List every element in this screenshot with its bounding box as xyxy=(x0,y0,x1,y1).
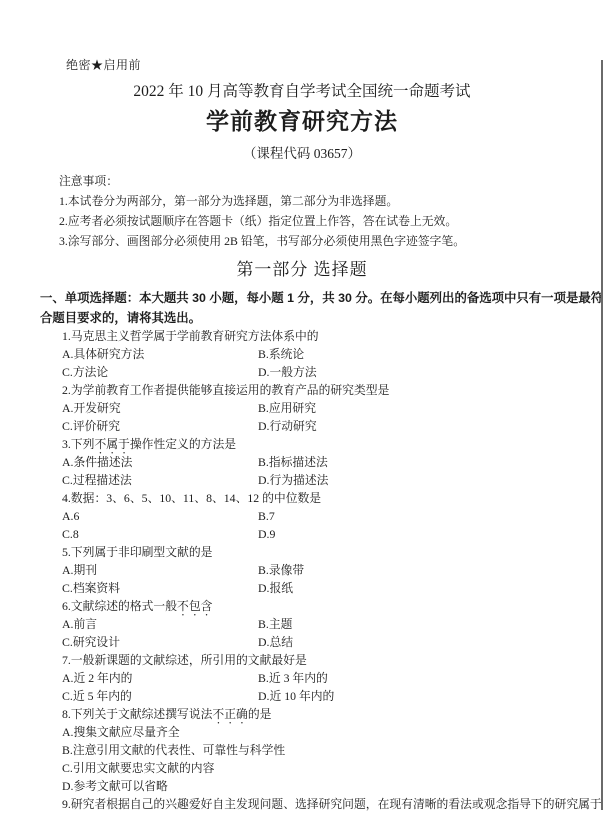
question-text: 1.马克思主义哲学属于学前教育研究方法体系中的 xyxy=(62,327,600,345)
option-row: C.过程描述法D.行为描述法 xyxy=(62,471,600,489)
option: D.9 xyxy=(258,525,600,543)
question: 1.马克思主义哲学属于学前教育研究方法体系中的A.具体研究方法B.系统论C.方法… xyxy=(62,327,600,381)
emphasized-text: 不属于 xyxy=(94,437,129,451)
option-row: C.评价研究D.行动研究 xyxy=(62,417,600,435)
option: C.评价研究 xyxy=(62,417,258,435)
question: 7.一般新课题的文献综述，所引用的文献最好是A.近 2 年内的B.近 3 年内的… xyxy=(62,651,600,705)
option-row: A.开发研究B.应用研究 xyxy=(62,399,600,417)
option: B.主题 xyxy=(258,615,600,633)
option-row: C.方法论D.一般方法 xyxy=(62,363,600,381)
option: B.录像带 xyxy=(258,561,600,579)
question-text: 8.下列关于文献综述撰写说法不正确的是 xyxy=(62,705,600,723)
option-row: C.研究设计D.总结 xyxy=(62,633,600,651)
option: C.过程描述法 xyxy=(62,471,258,489)
option: D.报纸 xyxy=(258,579,600,597)
option: D.近 10 年内的 xyxy=(258,687,600,705)
option-row: C.近 5 年内的D.近 10 年内的 xyxy=(62,687,600,705)
option-row: A.前言B.主题 xyxy=(62,615,600,633)
classification-label: 绝密★启用前 xyxy=(66,56,141,73)
notes-item: 3.涂写部分、画图部分必须使用 2B 铅笔，书写部分必须使用黑色字迹签字笔。 xyxy=(59,231,584,251)
question-text: 6.文献综述的格式一般不包含 xyxy=(62,597,600,615)
option: D.参考文献可以省略 xyxy=(62,777,600,795)
emphasized-text: 不正确 xyxy=(212,707,247,721)
option: C.档案资料 xyxy=(62,579,258,597)
question-text: 9.研究者根据自己的兴趣爱好自主发现问题、选择研究问题，在现有清晰的看法或观念指… xyxy=(62,795,600,813)
notes-item: 1.本试卷分为两部分，第一部分为选择题，第二部分为非选择题。 xyxy=(59,191,584,211)
option: A.6 xyxy=(62,507,258,525)
option: D.总结 xyxy=(258,633,600,651)
option: B.应用研究 xyxy=(258,399,600,417)
option: B.注意引用文献的代表性、可靠性与科学性 xyxy=(62,741,600,759)
question-text: 3.下列不属于操作性定义的方法是 xyxy=(62,435,600,453)
page-title: 学前教育研究方法 xyxy=(0,103,604,136)
question: 8.下列关于文献综述撰写说法不正确的是A.搜集文献应尽量齐全B.注意引用文献的代… xyxy=(62,705,600,795)
course-code: （课程代码 03657） xyxy=(0,142,604,162)
option: B.指标描述法 xyxy=(258,453,600,471)
option-row: C.8D.9 xyxy=(62,525,600,543)
option-row: A.具体研究方法B.系统论 xyxy=(62,345,600,363)
notes-item: 2.应考者必须按试题顺序在答题卡（纸）指定位置上作答，答在试卷上无效。 xyxy=(59,211,584,231)
option: C.引用文献要忠实文献的内容 xyxy=(62,759,600,777)
exam-session-title: 2022 年 10 月高等教育自学考试全国统一命题考试 xyxy=(0,79,604,101)
question: 4.数据：3、6、5、10、11、8、14、12 的中位数是A.6B.7C.8D… xyxy=(62,489,600,543)
option: C.8 xyxy=(62,525,258,543)
option-row: A.期刊B.录像带 xyxy=(62,561,600,579)
option: B.7 xyxy=(258,507,600,525)
option: A.近 2 年内的 xyxy=(62,669,258,687)
question: 9.研究者根据自己的兴趣爱好自主发现问题、选择研究问题，在现有清晰的看法或观念指… xyxy=(62,795,600,813)
question-text: 4.数据：3、6、5、10、11、8、14、12 的中位数是 xyxy=(62,489,600,507)
option-row: A.6B.7 xyxy=(62,507,600,525)
section-intro-line: 合题目要求的，请将其选出。 xyxy=(40,308,600,328)
option: D.行为描述法 xyxy=(258,471,600,489)
option: D.一般方法 xyxy=(258,363,600,381)
exam-notes: 注意事项： 1.本试卷分为两部分，第一部分为选择题，第二部分为非选择题。 2.应… xyxy=(59,171,584,251)
notes-heading: 注意事项： xyxy=(59,171,584,191)
part-one-heading: 第一部分 选择题 xyxy=(0,255,604,280)
option: D.行动研究 xyxy=(258,417,600,435)
option: A.具体研究方法 xyxy=(62,345,258,363)
question: 2.为学前教育工作者提供能够直接运用的教育产品的研究类型是A.开发研究B.应用研… xyxy=(62,381,600,435)
questions-list: 1.马克思主义哲学属于学前教育研究方法体系中的A.具体研究方法B.系统论C.方法… xyxy=(62,327,600,813)
option: C.方法论 xyxy=(62,363,258,381)
section-one-intro: 一、单项选择题：本大题共 30 小题，每小题 1 分，共 30 分。在每小题列出… xyxy=(40,288,600,328)
option: B.系统论 xyxy=(258,345,600,363)
section-intro-line: 一、单项选择题：本大题共 30 小题，每小题 1 分，共 30 分。在每小题列出… xyxy=(40,288,600,308)
option-row: A.条件描述法B.指标描述法 xyxy=(62,453,600,471)
option: A.搜集文献应尽量齐全 xyxy=(62,723,600,741)
question-text: 5.下列属于非印刷型文献的是 xyxy=(62,543,600,561)
option-row: C.档案资料D.报纸 xyxy=(62,579,600,597)
option: A.前言 xyxy=(62,615,258,633)
question: 5.下列属于非印刷型文献的是A.期刊B.录像带C.档案资料D.报纸 xyxy=(62,543,600,597)
option: A.期刊 xyxy=(62,561,258,579)
option: A.条件描述法 xyxy=(62,453,258,471)
question: 6.文献综述的格式一般不包含A.前言B.主题C.研究设计D.总结 xyxy=(62,597,600,651)
question-text: 2.为学前教育工作者提供能够直接运用的教育产品的研究类型是 xyxy=(62,381,600,399)
option: C.研究设计 xyxy=(62,633,258,651)
option-row: A.近 2 年内的B.近 3 年内的 xyxy=(62,669,600,687)
option: A.开发研究 xyxy=(62,399,258,417)
option: C.近 5 年内的 xyxy=(62,687,258,705)
scan-edge-artifact xyxy=(601,60,603,810)
question: 3.下列不属于操作性定义的方法是A.条件描述法B.指标描述法C.过程描述法D.行… xyxy=(62,435,600,489)
option: B.近 3 年内的 xyxy=(258,669,600,687)
emphasized-text: 不包含 xyxy=(177,599,212,613)
question-text: 7.一般新课题的文献综述，所引用的文献最好是 xyxy=(62,651,600,669)
